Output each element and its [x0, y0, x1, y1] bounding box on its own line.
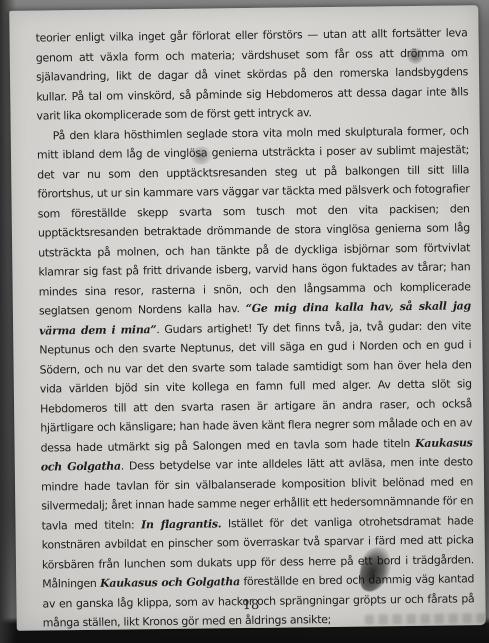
body-text: . Gudars artighet! Ty det finns två, ja,… — [39, 319, 472, 454]
emphasized-text: Kaukasus och Golgatha — [100, 575, 240, 590]
paragraph: teorier enligt vilka inget går förlorat … — [35, 23, 468, 126]
emphasized-text: In flagrantis. — [141, 517, 221, 531]
body-text: teorier enligt vilka inget går förlorat … — [35, 26, 468, 122]
scan-background: teorier enligt vilka inget går förlorat … — [0, 0, 489, 643]
page-text: teorier enligt vilka inget går förlorat … — [35, 23, 474, 633]
book-page: teorier enligt vilka inget går förlorat … — [9, 5, 486, 631]
body-text: På den klara hösthimlen seglade stora vi… — [37, 124, 471, 318]
paragraph: På den klara hösthimlen seglade stora vi… — [37, 121, 475, 633]
